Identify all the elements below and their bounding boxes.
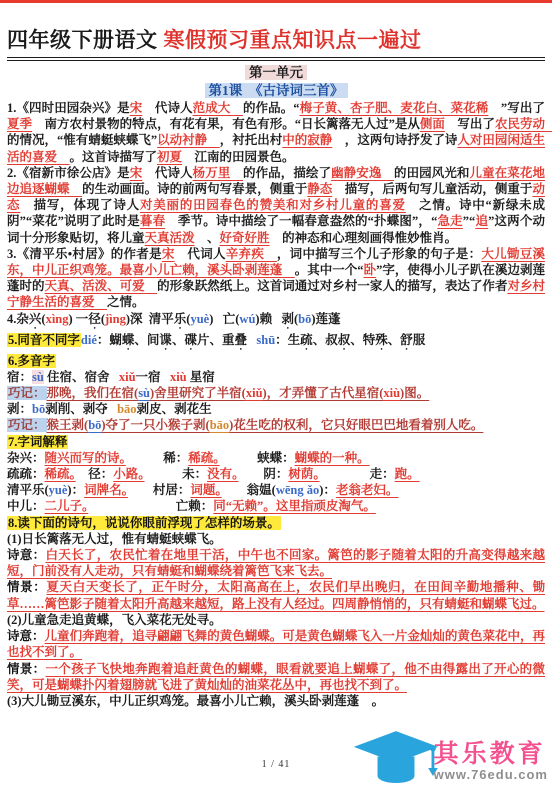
text-run: 星宿 xyxy=(187,370,215,384)
answer-text: 跑。 xyxy=(395,467,420,481)
text-run: 的情况，“惟有蜻蜓蛱蝶飞” xyxy=(7,133,157,147)
text-run: 谍 xyxy=(159,333,172,347)
text-run: 那晚，我们在宿( xyxy=(47,386,139,400)
text-run: jìng xyxy=(105,312,126,326)
text-run: 、 xyxy=(195,231,220,245)
text-run: 4.杂 xyxy=(7,312,29,326)
text-run: 的形象跃然纸上。这首词通过对乡村一家人的描写，表达了作者 xyxy=(157,279,507,293)
document-page: 四年级下册语文寒假预习重点知识点一遍过 第一单元 第1课 《古诗词三首》 1.《… xyxy=(0,0,552,709)
text-run: 殊 xyxy=(375,333,388,347)
q7-row3: 清平乐(yuè)：词牌名。 村居：词题。 翁媪(wēng ǎo)：老翁老妇。 xyxy=(7,482,545,498)
text-run: 径： xyxy=(76,467,114,481)
answer-text: 宋 xyxy=(130,101,143,115)
text-run: 描写，体现了诗人 xyxy=(20,198,140,212)
text-run: 的作品，描绘了 xyxy=(243,166,331,180)
text-run: (2)儿童急走追黄蝶，飞入菜花无处寻。 xyxy=(7,613,222,627)
answer-text: 天真活泼 xyxy=(145,231,195,245)
q7-heading: 7.字词解释 xyxy=(7,434,545,450)
text-run: 一宿 xyxy=(136,370,170,384)
text-run: 剥削、剥夺 xyxy=(45,402,117,416)
answer-text: 好奇好胜 xyxy=(220,231,270,245)
answer-text: 夏季 xyxy=(7,117,32,131)
text-run: 描写，后两句写儿童活动，侧重于 xyxy=(332,182,532,196)
text-run: 宿： xyxy=(7,370,32,384)
text-run: 叔 xyxy=(338,333,351,347)
text-run: 代诗人 xyxy=(142,101,192,115)
unit-label: 第一单元 xyxy=(245,65,307,80)
q8-1-scene: 情景：夏天白天变长了，正午时分，太阳高高在上，农民们早出晚归，在田间辛勤地播种、… xyxy=(7,579,545,611)
answer-text: 追 xyxy=(475,214,488,228)
answer-text: 梅子黄、杏子肥、麦花白、菜花稀 xyxy=(300,101,489,115)
q6-su-line: 宿：sù 住宿、宿舍 xiǔ一宿 xiù 星宿 xyxy=(7,369,545,385)
answer-text: xiù xyxy=(383,386,400,400)
text-run: )： xyxy=(319,483,336,497)
answer-text: 农民劳动 xyxy=(495,117,552,131)
text-run: 片、重 xyxy=(197,333,235,347)
text-run: (1)日长篱落无人过，惟有蜻蜓蛱蝶飞。 xyxy=(7,532,222,546)
text-run: 、叔 xyxy=(313,333,338,347)
text-run: sù xyxy=(32,370,44,384)
text-run: 杂兴： xyxy=(7,451,45,465)
answer-text: 词牌名。 xyxy=(84,483,128,497)
q8-2-verse: (2)儿童急走追黄蝶，飞入菜花无处寻。 xyxy=(7,612,545,628)
text-run: )： xyxy=(67,483,84,497)
text-run: 疏 xyxy=(300,333,313,347)
answer-text: 幽静安逸 xyxy=(331,166,394,180)
answer-text: 随兴而写的诗。 xyxy=(45,451,126,465)
unit-heading: 第一单元 xyxy=(7,64,545,81)
text-run xyxy=(247,333,256,347)
text-run: sù xyxy=(138,386,150,400)
q8-heading: 8.读下面的诗句，说说你眼前浮现了怎样的场景。 xyxy=(7,515,545,531)
answer-text: 一个孩子飞快地奔跑着追赶黄色的蝴蝶，眼看就要追上蝴蝶了，他不由得露出了开心的微笑… xyxy=(7,662,545,692)
page-title: 四年级下册语文寒假预习重点知识点一遍过 xyxy=(7,24,545,61)
answer-text: 词题。 xyxy=(190,483,221,497)
text-run: ”“ xyxy=(463,214,476,228)
text-run: 亡赖： xyxy=(88,499,213,513)
answer-text: 初夏 xyxy=(157,150,182,164)
q6-heading: 6.多音字 xyxy=(7,353,545,369)
brand-watermark: 其乐教育 www.76edu.com xyxy=(352,730,548,792)
text-run: 疏疏： xyxy=(7,467,45,481)
text-run: xiù xyxy=(170,370,187,384)
text-run: 1.《四时田园杂兴》是 xyxy=(7,101,130,115)
text-run: 的作品。“ xyxy=(243,101,300,115)
answer-text: 天真、活泼、可爱 xyxy=(45,279,158,293)
text-run: ，衬托出村 xyxy=(220,133,283,147)
text-run: 村居： xyxy=(128,483,191,497)
answer-text: 树荫。 xyxy=(288,467,319,481)
answer-text: 稀疏。 xyxy=(188,451,219,465)
text-run: bō xyxy=(88,418,101,432)
text-run: 诗意： xyxy=(7,548,45,562)
text-run: 阴： xyxy=(238,467,288,481)
text-run: 情景： xyxy=(7,580,46,594)
text-run: yuè xyxy=(190,312,209,326)
text-run: 代词人 xyxy=(175,247,226,261)
graduation-cap-icon xyxy=(352,730,440,792)
text-run: 剥： xyxy=(7,402,32,416)
answer-text: 老翁老妇。 xyxy=(336,483,399,497)
answer-text: 辛弃疾 xyxy=(226,247,277,261)
answer-text: xiǔ xyxy=(246,386,263,400)
q8-1-verse: (1)日长篱落无人过，惟有蜻蜓蛱蝶飞。 xyxy=(7,531,545,547)
q8-3-verse: (3)大儿锄豆溪东，中儿正织鸡笼。最喜小儿亡赖，溪头卧剥莲蓬 。 xyxy=(7,693,545,709)
text-run: bāo xyxy=(210,418,229,432)
answer-text: 范成大 xyxy=(193,101,243,115)
text-run: )深 清平 xyxy=(126,312,174,326)
text-run: xìng xyxy=(46,312,69,326)
answer-text: 二儿子。 xyxy=(45,499,89,513)
q8-1-meaning: 诗意：白天长了，农民忙着在地里干活，中午也不回家。篱笆的影子随着太阳的升高变得越… xyxy=(7,547,545,579)
answer-text: 白天长了，农民忙着在地里干活，中午也不回家。篱笆的影子随着太阳的升高变得越来越短… xyxy=(7,548,545,578)
text-run: 、 xyxy=(388,333,401,347)
answer-text: 卧 xyxy=(364,263,377,277)
document-body: 1.《四时田园杂兴》是宋 代诗人范成大 的作品。“梅子黄、杏子肥、麦花白、菜花稀… xyxy=(7,100,545,709)
q8-2-scene: 情景：一个孩子飞快地奔跑着追赶黄色的蝴蝶，眼看就要追上蝴蝶了，他不由得露出了开心… xyxy=(7,661,545,693)
q6-tip1: 巧记：那晚，我们在宿(sù)舍里研究了半宿(xiǔ)，才弄懂了古代星宿(xiù)… xyxy=(7,385,545,401)
text-run: bāo xyxy=(117,402,136,416)
text-run: ：生 xyxy=(275,333,300,347)
text-run: 江南的田园景色。 xyxy=(182,150,295,164)
text-run: yuè xyxy=(49,483,68,497)
answer-text: 以动衬静 xyxy=(157,133,220,147)
text-run: ，这两句诗抒发了诗 xyxy=(332,133,457,147)
answer-text: 急走 xyxy=(437,214,462,228)
tip-label: 巧记： xyxy=(7,386,47,400)
section-heading: 8.读下面的诗句，说说你眼前浮现了怎样的场景。 xyxy=(7,516,281,530)
text-run: 剥 xyxy=(281,312,294,326)
text-run: 中儿： xyxy=(7,499,45,513)
top-border xyxy=(0,0,552,3)
tip-label: 巧记： xyxy=(7,418,47,432)
text-run: 2.《宿新市徐公店》是 xyxy=(7,166,130,180)
title-course: 四年级下册语文 xyxy=(7,28,158,52)
text-run: 。这首诗描写了 xyxy=(70,150,158,164)
text-run: )赖 xyxy=(255,312,281,326)
text-run: 、 xyxy=(172,333,185,347)
text-run: ，词中描写三个儿子形象的句子是： xyxy=(277,247,481,261)
text-run: 情景： xyxy=(7,662,45,676)
text-run: 服 xyxy=(413,333,426,347)
answer-text: 暮春 xyxy=(140,214,165,228)
text-run: 住宿、宿舍 xyxy=(44,370,119,384)
text-run: 的神态和心理刻画得惟妙惟肖。 xyxy=(270,231,458,245)
text-run: 、特 xyxy=(350,333,375,347)
text-run: 南方农村景物的特点，有花有果，有色有形。“日长篱落无人过”是从 xyxy=(32,117,420,131)
text-run: bō xyxy=(32,402,45,416)
text-run: 叠 xyxy=(234,333,247,347)
text-run: wēng ǎo xyxy=(276,483,319,497)
lesson-label: 第1课 《古诗词三首》 xyxy=(205,83,348,98)
text-run: )莲蓬 xyxy=(311,312,340,326)
q7-row4: 中儿：二儿子。 亡赖：同“无赖”。这里指顽皮淘气。 xyxy=(7,498,545,514)
text-run: 诗意： xyxy=(7,629,45,643)
q6-tip2: 巧记：猴王剥(bō)夺了一只小猴子剥(bāo)花生吃的权利，它只好眼巴巴地看着别… xyxy=(7,417,545,433)
q1-para: 1.《四时田园杂兴》是宋 代诗人范成大 的作品。“梅子黄、杏子肥、麦花白、菜花稀… xyxy=(7,100,545,165)
answer-text: 同“无赖”。 xyxy=(213,499,276,513)
answer-text: 侧面 xyxy=(420,117,445,131)
answer-text: 稀疏。 xyxy=(45,467,76,481)
text-run: 清平乐( xyxy=(7,483,49,497)
q5-homophones: 5.同音不同字dié：蝴蝶、间谍、碟片、重叠 shū：生疏、叔叔、特殊、舒服 xyxy=(7,332,545,353)
answer-text: 这里指顽皮淘气。 xyxy=(276,499,376,513)
q7-row1: 杂兴：随兴而写的诗。 稀：稀疏。 蛱蝶：蝴蝶的一种。 xyxy=(7,450,545,466)
text-run: 舒 xyxy=(400,333,413,347)
answer-text: 静态 xyxy=(307,182,332,196)
answer-text: 对美丽的田园春色的赞美和对乡村儿童的喜爱 xyxy=(140,198,406,212)
text-run: 蛱蝶： xyxy=(220,451,295,465)
q6-bo-line: 剥：bō剥削、剥夺 bāo剥皮、剥花生 xyxy=(7,401,545,417)
text-run: 兴 xyxy=(29,312,42,326)
text-run: bō xyxy=(298,312,311,326)
text-run: 写出了 xyxy=(445,117,495,131)
answer-text: 没有。 xyxy=(207,467,238,481)
text-run: 径 xyxy=(88,312,101,326)
section-heading: 5.同音不同字 xyxy=(7,333,81,347)
title-topic: 寒假预习重点知识点一遍过 xyxy=(164,28,422,52)
answer-text: 杨万里 xyxy=(193,166,243,180)
text-run: 、间 xyxy=(134,333,159,347)
text-run: ) 亡 xyxy=(209,312,235,326)
text-run: )，才弄懂了古代星宿( xyxy=(263,386,384,400)
text-run: 翁媪( xyxy=(222,483,276,497)
answer-text: 宋 xyxy=(162,247,175,261)
text-run: shū xyxy=(256,333,275,347)
brand-name: 其乐教育 xyxy=(434,741,548,767)
brand-text: 其乐教育 www.76edu.com xyxy=(434,741,548,782)
text-run: 的田园风光和 xyxy=(394,166,470,180)
text-run: ”写出了 xyxy=(488,101,545,115)
answer-text: 蝴蝶的一种。 xyxy=(295,451,370,465)
answer-text: 小路。 xyxy=(113,467,144,481)
text-run: 走： xyxy=(320,467,395,481)
text-run: 代诗人 xyxy=(142,166,192,180)
text-run: dié xyxy=(81,333,97,347)
text-run: 稀： xyxy=(126,451,189,465)
text-run: )舍里研究了半宿( xyxy=(150,386,246,400)
text-run: 之情。 xyxy=(107,295,145,309)
text-run: 乐 xyxy=(174,312,187,326)
brand-site-url: www.76edu.com xyxy=(434,767,548,782)
text-run: xiǔ xyxy=(119,370,136,384)
q2-para: 2.《宿新市徐公店》是宋 代诗人杨万里 的作品，描绘了幽静安逸 的田园风光和儿童… xyxy=(7,165,545,246)
text-run: 。其中一个“ xyxy=(295,263,364,277)
page-header: 四年级下册语文寒假预习重点知识点一遍过 第一单元 第1课 《古诗词三首》 xyxy=(7,24,545,99)
text-run: (3)大儿锄豆溪东，中儿正织鸡笼。最喜小儿亡赖，溪头卧剥莲蓬 。 xyxy=(7,694,384,708)
q3-para: 3.《清平乐•村居》的作者是宋 代词人辛弃疾 ，词中描写三个儿子形象的句子是：大… xyxy=(7,246,545,311)
text-run: 蝶 xyxy=(122,333,135,347)
text-run: 猴王剥( xyxy=(47,418,89,432)
section-heading: 6.多音字 xyxy=(7,354,56,368)
answer-text: 夏天白天变长了，正午时分，太阳高高在上，农民们早出晚归，在田间辛勤地播种、锄草…… xyxy=(7,580,545,610)
text-run: ：蝴 xyxy=(97,333,122,347)
section-heading: 7.字词解释 xyxy=(7,435,68,449)
lesson-heading: 第1课 《古诗词三首》 xyxy=(7,82,545,99)
text-run: wú xyxy=(239,312,255,326)
text-run: )夺了一只小猴子剥( xyxy=(101,418,209,432)
answer-text: 儿童们奔跑着，追寻翩翩飞舞的黄色蝴蝶。可是黄色蝴蝶飞入一片金灿灿的黄色菜花中，再… xyxy=(7,629,545,659)
text-run: 季节。诗中描绘了一幅春意盎然的“扑蝶图”，“ xyxy=(165,214,437,228)
text-run: ) 一 xyxy=(69,312,89,326)
text-run: )图。 xyxy=(400,386,429,400)
text-run: 3.《清平乐•村居》的作者是 xyxy=(7,247,162,261)
answer-text: 宋 xyxy=(130,166,143,180)
text-run: )花生吃的权利，它只好眼巴巴地看着别人吃。 xyxy=(229,418,483,432)
q8-2-meaning: 诗意：儿童们奔跑着，追寻翩翩飞舞的黄色蝴蝶。可是黄色蝴蝶飞入一片金灿灿的黄色菜花… xyxy=(7,628,545,660)
q7-row2: 疏疏：稀疏。 径：小路。 未：没有。 阴：树荫。 走：跑。 xyxy=(7,466,545,482)
text-run: 剥皮、剥花生 xyxy=(137,402,212,416)
text-run: 的生动画面。诗的前两句写春景，侧重于 xyxy=(82,182,307,196)
text-run: 未： xyxy=(145,467,208,481)
q4-pinyin: 4.杂兴(xìng) 一径(jìng)深 清平乐(yuè) 亡(wú)赖 剥(b… xyxy=(7,311,545,332)
answer-text: 中的寂静 xyxy=(282,133,332,147)
text-run: 碟 xyxy=(184,333,197,347)
